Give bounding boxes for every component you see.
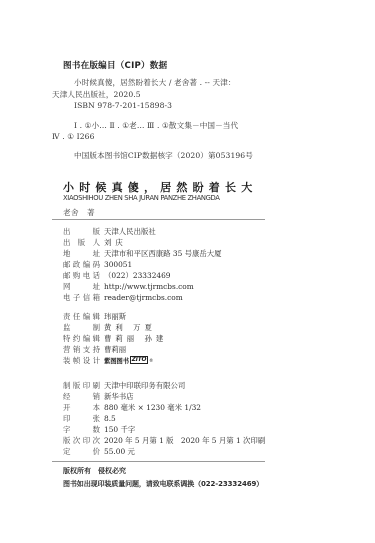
info-row-supervisor: 监 制 黄利 万夏 [63, 322, 156, 332]
info-label: 制版印刷 [63, 380, 100, 391]
copyright-page: 图书在版编目（CIP）数据 小时候真傻，居然盼着长大 / 老舍著 . -- 天津… [0, 0, 375, 543]
top-divider [52, 219, 265, 220]
info-row-edition: 版次印次 2020 年 5 月第 1 版 2020 年 5 月第 1 次印刷 [63, 435, 265, 445]
info-row-website: 网 址 http://www.tjrmcbs.com [63, 281, 194, 291]
logo-text: 紫图图书 [104, 356, 129, 365]
info-value: 8.5 [104, 414, 116, 423]
info-row-responsible-editor: 责任编辑 玮丽斯 [63, 311, 126, 321]
info-value: 曹莉丽 [104, 344, 126, 355]
bottom-divider [52, 461, 265, 462]
info-row-mail-order-phone: 邮购电话 （022）23332469 [63, 270, 171, 280]
info-value: 150 千字 [104, 424, 135, 435]
info-row-address: 地 址 天津市和平区西康路 35 号康岳大厦 [63, 248, 222, 258]
info-label: 监 制 [63, 322, 100, 333]
book-author: 老舍著 [63, 207, 95, 218]
info-label: 版次印次 [63, 435, 100, 446]
info-value: 2020 年 5 月第 1 版 2020 年 5 月第 1 次印刷 [104, 435, 265, 446]
info-label: 邮购电话 [63, 270, 100, 281]
info-label: 营销支持 [63, 344, 100, 355]
info-row-marketing: 营销支持 曹莉丽 [63, 344, 126, 354]
info-label: 电子信箱 [63, 292, 100, 303]
info-value: 天津中印联印务有限公司 [104, 380, 185, 391]
info-row-publisher: 出 版 天津人民出版社 [63, 226, 156, 236]
info-value: 300051 [104, 260, 132, 269]
info-value: 880 毫米 × 1230 毫米 1/32 [104, 402, 201, 413]
info-label: 装帧设计 [63, 355, 100, 366]
info-label: 网 址 [63, 281, 100, 292]
website-link[interactable]: http://www.tjrmcbs.com [104, 282, 194, 291]
info-value: 天津市和平区西康路 35 号康岳大厦 [104, 248, 222, 259]
info-row-publisher-head: 出 版 人 刘庆 [63, 237, 127, 247]
info-row-price: 定 价 55.00 元 [63, 446, 135, 456]
cip-classification-line-2: Ⅳ . ① I266 [52, 132, 95, 141]
cip-isbn: ISBN 978-7-201-15898-3 [74, 101, 172, 110]
rights-reserved: 版权所有 [63, 467, 91, 475]
info-label: 定 价 [63, 446, 100, 457]
info-row-special-editor: 特约编辑 曹莉丽 孙建 [63, 333, 167, 343]
author-role: 著 [87, 208, 95, 217]
email-link[interactable]: reader@tjrmcbs.com [104, 293, 183, 302]
rights-statement: 版权所有侵权必究 [63, 466, 126, 476]
info-label: 责任编辑 [63, 311, 100, 322]
book-title: 小时候真傻，居然盼着长大 [63, 179, 257, 195]
info-label: 特约编辑 [63, 333, 100, 344]
cip-number: 中国版本图书馆CIP数据核字（2020）第053196号 [74, 150, 253, 161]
info-label: 地 址 [63, 248, 100, 259]
info-label: 出 版 人 [63, 237, 100, 248]
info-label: 字 数 [63, 424, 100, 435]
info-row-design: 装帧设计 紫图图书ZITO® [63, 355, 153, 365]
info-row-word-count: 字 数 150 千字 [63, 424, 135, 434]
cip-record-line-1: 小时候真傻，居然盼着长大 / 老舍著 . -- 天津： [74, 77, 236, 88]
info-row-format: 开 本 880 毫米 × 1230 毫米 1/32 [63, 402, 201, 412]
zito-logo: 紫图图书ZITO® [104, 356, 153, 365]
info-row-postcode: 邮政编码 300051 [63, 259, 132, 269]
info-label: 经 销 [63, 391, 100, 402]
piracy-warning: 侵权必究 [98, 467, 126, 475]
info-value: 天津人民出版社 [104, 226, 156, 237]
info-label: 印 张 [63, 413, 100, 424]
info-row-sheets: 印 张 8.5 [63, 413, 116, 423]
registered-icon: ® [149, 358, 153, 363]
info-value: 刘庆 [104, 237, 127, 248]
info-value: （022）23332469 [104, 270, 171, 281]
info-row-distributor: 经 销 新华书店 [63, 391, 134, 401]
info-value: 新华书店 [104, 391, 134, 402]
info-value: 55.00 元 [104, 446, 135, 457]
cip-heading: 图书在版编目（CIP）数据 [63, 59, 167, 71]
info-label: 出 版 [63, 226, 100, 237]
info-value: 黄利 万夏 [104, 322, 156, 333]
info-value: 玮丽斯 [104, 311, 126, 322]
info-row-email: 电子信箱 reader@tjrmcbs.com [63, 292, 183, 302]
info-label: 开 本 [63, 402, 100, 413]
info-row-printer: 制版印刷 天津中印联印务有限公司 [63, 380, 185, 390]
cip-record-line-2: 天津人民出版社，2020.5 [52, 89, 141, 100]
quality-notice: 图书如出现印装质量问题，请致电联系调换（022-23332469） [63, 479, 263, 489]
author-name: 老舍 [63, 208, 79, 217]
info-label: 邮政编码 [63, 259, 100, 270]
cip-classification-line-1: Ⅰ . ①小… Ⅱ . ①老… Ⅲ . ①散文集－中国－当代 [74, 120, 238, 131]
info-value: 曹莉丽 孙建 [104, 333, 167, 344]
logo-mark: ZITO [130, 356, 148, 364]
book-title-pinyin: XIAOSHIHOU ZHEN SHA JURAN PANZHE ZHANGDA [63, 194, 220, 202]
